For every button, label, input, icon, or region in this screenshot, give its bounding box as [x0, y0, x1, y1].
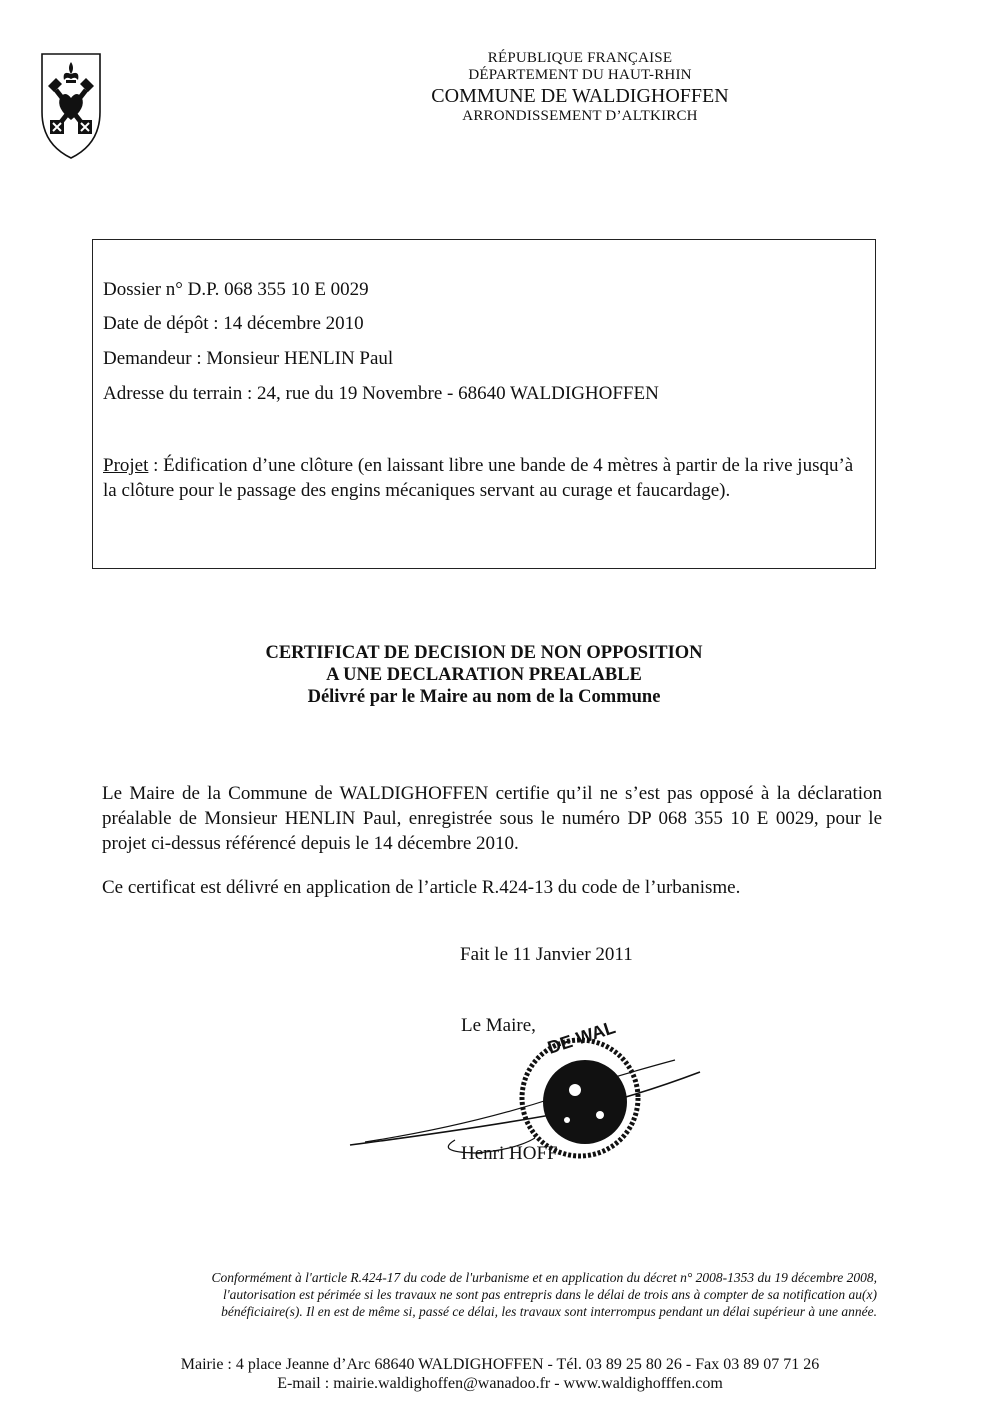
footer-email-website: E-mail : mairie.waldighoffen@wanadoo.fr …: [0, 1374, 1000, 1393]
note-line-1: Conformément à l'article R.424-17 du cod…: [115, 1269, 877, 1286]
signatory-name: Henri HOFF: [461, 1143, 558, 1165]
dossier-info-box: Dossier n° D.P. 068 355 10 E 0029 Date d…: [92, 239, 876, 569]
header-republique: RÉPUBLIQUE FRANÇAISE: [320, 50, 840, 67]
legal-basis-paragraph: Ce certificat est délivré en application…: [102, 875, 882, 900]
deposit-date: Date de dépôt : 14 décembre 2010: [103, 313, 364, 335]
certification-paragraph: Le Maire de la Commune de WALDIGHOFFEN c…: [102, 781, 882, 856]
dossier-number: Dossier n° D.P. 068 355 10 E 0029: [103, 279, 369, 301]
title-line-1: CERTIFICAT DE DECISION DE NON OPPOSITION: [0, 642, 968, 664]
project-text: : Édification d’une clôture (en laissant…: [103, 455, 853, 501]
title-line-3: Délivré par le Maire au nom de la Commun…: [0, 686, 968, 708]
svg-text:DE WAL: DE WAL: [545, 1020, 618, 1058]
footer-address: Mairie : 4 place Jeanne d’Arc 68640 WALD…: [0, 1355, 1000, 1374]
certificate-title: CERTIFICAT DE DECISION DE NON OPPOSITION…: [0, 642, 968, 708]
issue-date: Fait le 11 Janvier 2011: [460, 944, 633, 966]
validity-legal-note: Conformément à l'article R.424-17 du cod…: [115, 1269, 877, 1320]
land-address: Adresse du terrain : 24, rue du 19 Novem…: [103, 383, 659, 405]
letterhead: RÉPUBLIQUE FRANÇAISE DÉPARTEMENT DU HAUT…: [320, 50, 840, 125]
header-arrondissement: ARRONDISSEMENT D’ALTKIRCH: [320, 108, 840, 125]
note-line-3: bénéficiaire(s). Il en est de même si, p…: [115, 1303, 877, 1320]
applicant: Demandeur : Monsieur HENLIN Paul: [103, 348, 393, 370]
mairie-contact-footer: Mairie : 4 place Jeanne d’Arc 68640 WALD…: [0, 1355, 1000, 1393]
title-line-2: A UNE DECLARATION PREALABLE: [0, 664, 968, 686]
header-departement: DÉPARTEMENT DU HAUT-RHIN: [320, 67, 840, 84]
project-label: Projet: [103, 455, 148, 476]
header-commune: COMMUNE DE WALDIGHOFFEN: [320, 85, 840, 107]
coat-of-arms-icon: [40, 52, 102, 160]
project-description: Projet : Édification d’une clôture (en l…: [103, 453, 868, 503]
note-line-2: l'autorisation est périmée si les travau…: [115, 1286, 877, 1303]
